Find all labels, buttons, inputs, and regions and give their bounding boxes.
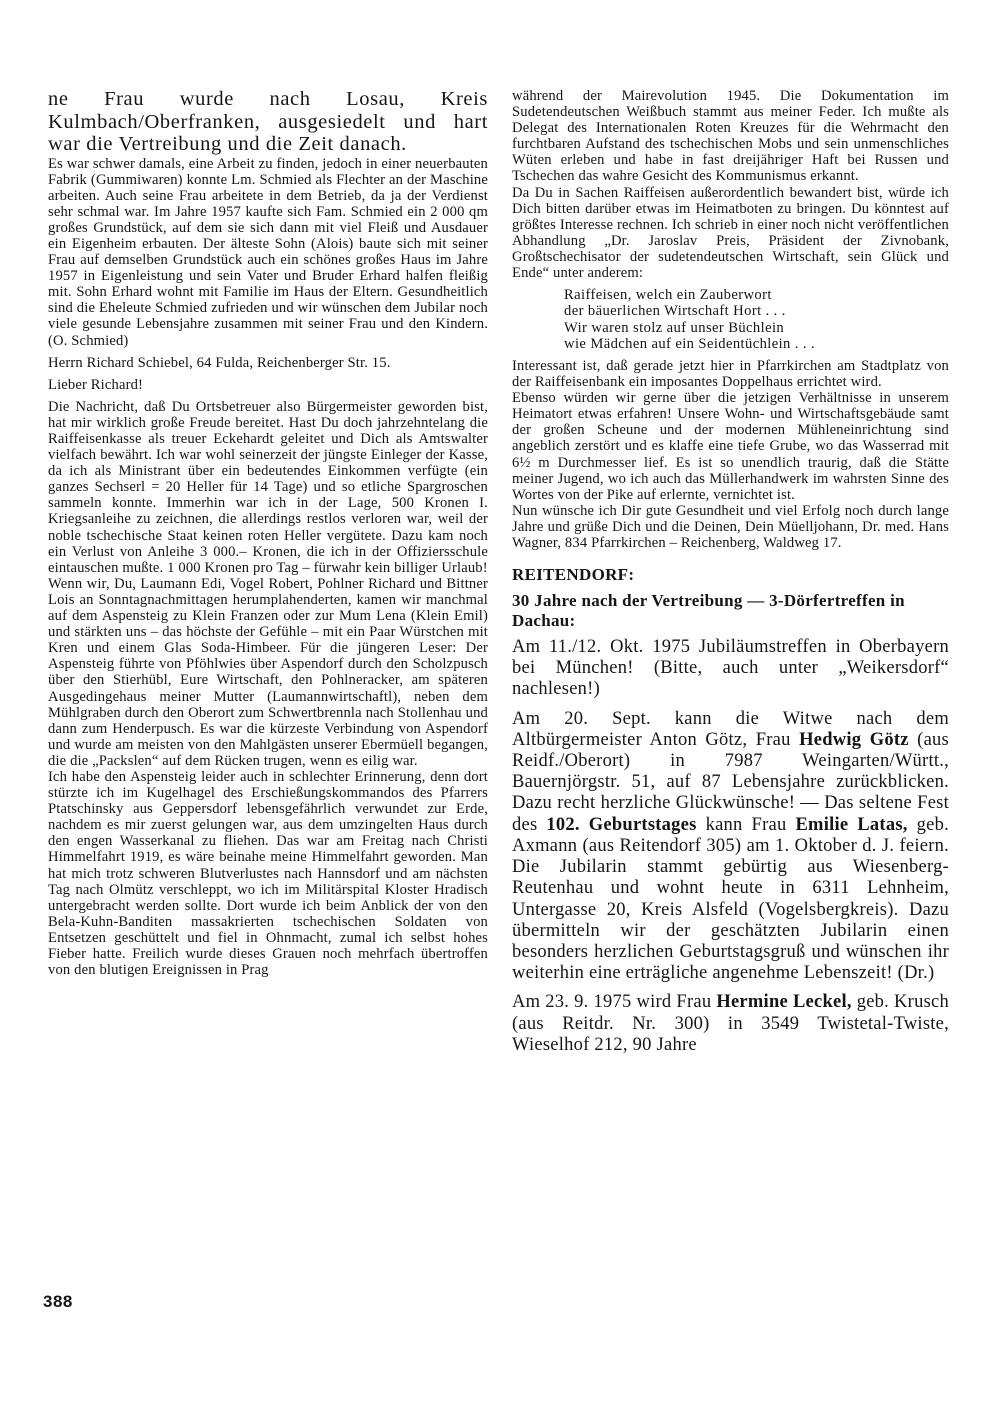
verse-line: wie Mädchen auf ein Seidentüchlein . . . <box>564 336 949 352</box>
text-run: geb. Axmann (aus Reitendorf 305) am 1. O… <box>512 815 949 983</box>
right-column: während der Mairevolution 1945. Die Doku… <box>512 88 949 1056</box>
verse-line: Wir waren stolz auf unser Büchlein <box>564 320 949 336</box>
left-column: ne Frau wurde nach Losau, Kreis Kulmbach… <box>48 88 488 978</box>
verse-line: der bäuerlichen Wirtschaft Hort . . . <box>564 303 949 319</box>
address-line: Herrn Richard Schiebel, 64 Fulda, Reiche… <box>48 355 488 371</box>
letter-signature: Nun wünsche ich Dir gute Gesundheit und … <box>512 503 949 551</box>
intro-paragraph: ne Frau wurde nach Losau, Kreis Kulmbach… <box>48 88 488 156</box>
salutation: Lieber Richard! <box>48 377 488 393</box>
name-highlight: Emilie Latas, <box>795 815 907 835</box>
letter-paragraph: während der Mairevolution 1945. Die Doku… <box>512 88 949 185</box>
news-paragraph: Am 11./12. Okt. 1975 Jubiläumstreffen in… <box>512 637 949 701</box>
name-highlight: Hedwig Götz <box>799 730 909 750</box>
letter-paragraph: Da Du in Sachen Raiffeisen außerordentli… <box>512 185 949 282</box>
letter-paragraph: Ich habe den Aspensteig leider auch in s… <box>48 769 488 978</box>
verse-block: Raiffeisen, welch ein Zauberwort der bäu… <box>564 287 949 352</box>
news-paragraph: Am 20. Sept. kann die Witwe nach dem Alt… <box>512 709 949 985</box>
name-highlight: Hermine Leckel, <box>716 992 851 1012</box>
letter-paragraph: Wenn wir, Du, Laumann Edi, Vogel Robert,… <box>48 576 488 769</box>
letter-paragraph: Interessant ist, daß gerade jetzt hier i… <box>512 358 949 390</box>
news-paragraph: Am 23. 9. 1975 wird Frau Hermine Leckel,… <box>512 992 949 1056</box>
section-subheading: 30 Jahre nach der Vertreibung — 3-Dörfer… <box>512 591 949 631</box>
section-heading: REITENDORF: <box>512 565 949 585</box>
birthday-highlight: 102. Geburtstages <box>546 815 696 835</box>
schmied-paragraph: Es war schwer damals, eine Arbeit zu fin… <box>48 156 488 349</box>
text-run: kann Frau <box>697 815 796 835</box>
verse-line: Raiffeisen, welch ein Zauberwort <box>564 287 949 303</box>
page-number: 388 <box>43 1292 73 1312</box>
letter-paragraph: Ebenso würden wir gerne über die jetzige… <box>512 390 949 503</box>
text-run: Am 23. 9. 1975 wird Frau <box>512 992 716 1012</box>
letter-paragraph: Die Nachricht, daß Du Ortsbetreuer also … <box>48 399 488 576</box>
